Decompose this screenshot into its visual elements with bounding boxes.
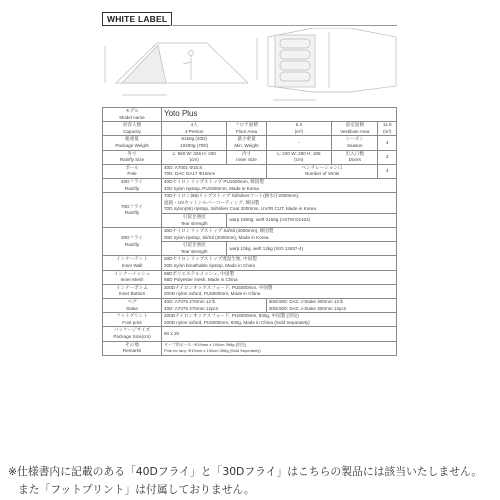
capacity-label-ja: 収容人数 [123,122,141,127]
min-weight-label-en: Min. Weight [234,143,258,148]
floor-area-value: 5.3 [296,122,302,127]
rainfly-size-label-ja: 外寸 [127,151,136,156]
package-size-label-ja: パッケージサイズ [114,327,150,332]
tear70-label-ja: 引裂き強度 [183,214,206,219]
rainfly-size-unit: (cm) [190,157,199,162]
tear30-label-en: Tear strength [181,249,208,254]
weight-label-en: Package Weight [115,143,148,148]
tear70-label-en: Tear strength [181,221,208,226]
remarks-value-ja: タープ用ポール: Φ19mm x 190cm 398g (別売) [164,342,246,347]
inner-size-value: L: 220 W: 280 H: 185 [277,151,320,156]
spec-table: モデルModel name Yoto Plus 収容人数Capacity 4人4… [102,107,397,356]
weight-value-70d: 10400g (70D) [180,143,208,148]
vents-label-en: Number of Vents [305,171,339,176]
model-label-en: Model name [119,115,144,120]
stake-value-2b: 30D/40D: DAC J-Stake 300mm 12pcs [269,306,346,311]
rainfly70-label-en: Rainfly [125,210,139,215]
floor-area-label-ja: フロア面積 [235,122,258,127]
rainfly30-value-en: 30D nylon ripstop, Sil/Sil (2000mm), Mad… [164,235,268,240]
min-weight-label-ja: 最小重量 [237,136,255,141]
stake-value-2a: 30D/40D: DAC J-Stake 300mm 12本 [269,299,344,304]
stake-value-1a: 40D: A7075 270mm 12本 [164,299,216,304]
row-stake: ペグStake 40D: A7075 270mm 12本40D: A7075 2… [103,299,397,313]
doors-value: 2 [378,150,397,164]
weight-label-ja: 総重量 [125,136,139,141]
inner-mesh-label-en: Inner Mesh [121,277,144,282]
stake-value-1b: 40D: A7075 270mm 12pcs [164,306,218,311]
row-rainfly-70d: 70DフライRainfly 70Dナイロン(66)リップストップ Sil/Sil… [103,193,397,214]
rainfly70-label-ja: 70Dフライ [121,204,143,209]
row-remarks: その他Remarks タープ用ポール: Φ19mm x 190cm 398g (… [103,341,397,355]
vestibule-label-en: Vestibule Area [340,129,369,134]
inner-wall-value-en: 20D nylon breathable ripstop, Made in Ch… [164,263,255,268]
rainfly40-label-en: Rainfly [125,186,139,191]
doors-label-ja: 出入口数 [346,151,364,156]
rainfly-size-label-en: Rainfly Size [120,157,144,162]
footprint-value-en: 200D nylon oxford, PU5000mm, 830g, Made … [164,320,310,325]
rainfly30-value-ja: 30Dナイロンリップストップ Sil/Sil (2000mm), 韓国製 [164,228,273,233]
rainfly70-value-3: 70D nylon(66) ripstop, Sil/Silver Coat 2… [164,206,316,211]
inner-bottom-value-en: 200D nylon oxford, PU5000mm, Made in Chi… [164,291,260,296]
floor-area-label-en: Floor Area [236,129,257,134]
footprint-label-en: Foot print [122,320,141,325]
rainfly-size-value: L: 660 W: 326 H: 200 [172,151,215,156]
footprint-value-ja: 200Dナイロンオックスフォード, PU5000mm, 830g, 中国製 (別… [164,313,299,318]
footprint-label-ja: フットプリント [116,313,148,318]
inner-wall-label-en: Inner Wall [122,263,143,268]
vestibule-value: 11.8 [383,122,392,127]
rainfly70-value-1: 70Dナイロン(66)リップストップ Sil/Silverコート(耐水圧2000… [164,193,299,198]
inner-size-label-ja: 内寸 [242,151,251,156]
rainfly70-value-2: 遮熱・UVカットシルバーコーティング, 韓国製 [164,200,259,205]
inner-size-label-en: Inner Size [236,157,257,162]
rainfly30-label-ja: 30Dフライ [121,235,143,240]
header-divider [170,25,397,26]
tear70-value: warp 1500g, weft 2150g (ASTM D1424) [227,213,397,227]
row-rainfly-40d: 40DフライRainfly 40Dナイロンリップストップ PU1500mm, 韓… [103,178,397,192]
package-size-label-en: Package Size(cm) [113,334,150,339]
pole-label-en: Pole [127,171,136,176]
pole-value-40d: 40D: A7001 Φ15.8 [164,165,202,170]
inner-mesh-value-ja: 68Dポリエステルメッシュ, 中国製 [164,271,234,276]
vents-value: 4 [378,164,397,178]
remarks-label-ja: その他 [125,342,139,347]
footnote-line-1: ※仕様書内に記載のある「40Dフライ」と「30Dフライ」はこちらの製品には該当い… [8,463,482,481]
model-value: Yoto Plus [162,108,397,122]
doors-label-en: Doors [349,157,361,162]
row-capacity: 収容人数Capacity 4人4-Person フロア面積Floor Area … [103,122,397,136]
season-label-en: Season [347,143,363,148]
rainfly40-label-ja: 40Dフライ [121,179,143,184]
inner-bottom-label-en: Inner Bottom [119,291,145,296]
inner-wall-value-ja: 20Dナイロンリップストップ透湿生地, 中国製 [164,256,257,261]
row-inner-wall: インナーテントInner Wall 20Dナイロンリップストップ透湿生地, 中国… [103,256,397,270]
stake-label-en: Stake [126,306,138,311]
pole-label-ja: ポール [125,165,139,170]
pole-value-70d: 70D: DAC DA17 Φ16mm [164,171,215,176]
remarks-label-en: Remarks [123,348,141,353]
season-label-ja: シーズン [346,136,364,141]
row-package-size: パッケージサイズPackage Size(cm) 60 x 20 [103,327,397,341]
row-rainfly-30d: 30DフライRainfly 30Dナイロンリップストップ Sil/Sil (20… [103,228,397,242]
capacity-value-en: 4-Person [185,129,204,134]
vestibule-unit: (m²) [383,129,391,134]
tear30-label-ja: 引裂き強度 [183,242,206,247]
row-size: 外寸Rainfly Size L: 660 W: 326 H: 200(cm) … [103,150,397,164]
vents-label-ja: ベンチレーション口 [302,165,343,170]
inner-size-unit: (cm) [294,157,303,162]
row-weight: 総重量Package Weight 9150g (40D)10400g (70D… [103,136,397,150]
rainfly30-label-en: Rainfly [125,242,139,247]
row-footprint: フットプリントFoot print 200Dナイロンオックスフォード, PU50… [103,313,397,327]
vestibule-label-ja: 前室面積 [346,122,364,127]
inner-bottom-label-ja: インナーボトム [116,285,148,290]
brand-label: WHITE LABEL [102,12,172,26]
floor-area-unit: (m²) [295,129,303,134]
stake-label-ja: ペグ [127,299,136,304]
rainfly40-value-ja: 40Dナイロンリップストップ PU1500mm, 韓国製 [164,179,264,184]
capacity-value-ja: 4人 [191,122,198,127]
row-pole: ポールPole 40D: A7001 Φ15.870D: DAC DA17 Φ1… [103,164,397,178]
row-inner-bottom: インナーボトムInner Bottom 200Dナイロンオックスフォード, PU… [103,284,397,298]
row-inner-mesh: インナーメッシュInner Mesh 68Dポリエステルメッシュ, 中国製68D… [103,270,397,284]
capacity-label-en: Capacity [123,129,141,134]
min-weight-value: - [266,136,331,150]
footnote: ※仕様書内に記載のある「40Dフライ」と「30Dフライ」はこちらの製品には該当い… [8,463,482,499]
inner-wall-label-ja: インナーテント [116,256,148,261]
tent-diagram [100,28,400,106]
weight-value-40d: 9150g (40D) [181,136,207,141]
inner-mesh-label-ja: インナーメッシュ [114,271,150,276]
package-size-value: 60 x 20 [162,327,397,341]
row-model: モデルModel name Yoto Plus [103,108,397,122]
tear30-value: warp 10kg, weft 12kg (ISO 13937-4) [227,242,397,256]
inner-bottom-value-ja: 200Dナイロンオックスフォード, PU5000mm, 中国製 [164,285,273,290]
footnote-line-2: また「フットプリント」は付属しておりません。 [8,481,482,499]
season-value: 4 [378,136,397,150]
remarks-value-en: Pole for tarp: Φ19mm x 190cm 398g (Sold … [164,348,261,353]
model-label-ja: モデル [125,108,139,113]
rainfly40-value-en: 40D nylon ripstop, PU1500mm, Made in Kor… [164,186,259,191]
inner-mesh-value-en: 68D Polyester mesh, Made in China [164,277,238,282]
